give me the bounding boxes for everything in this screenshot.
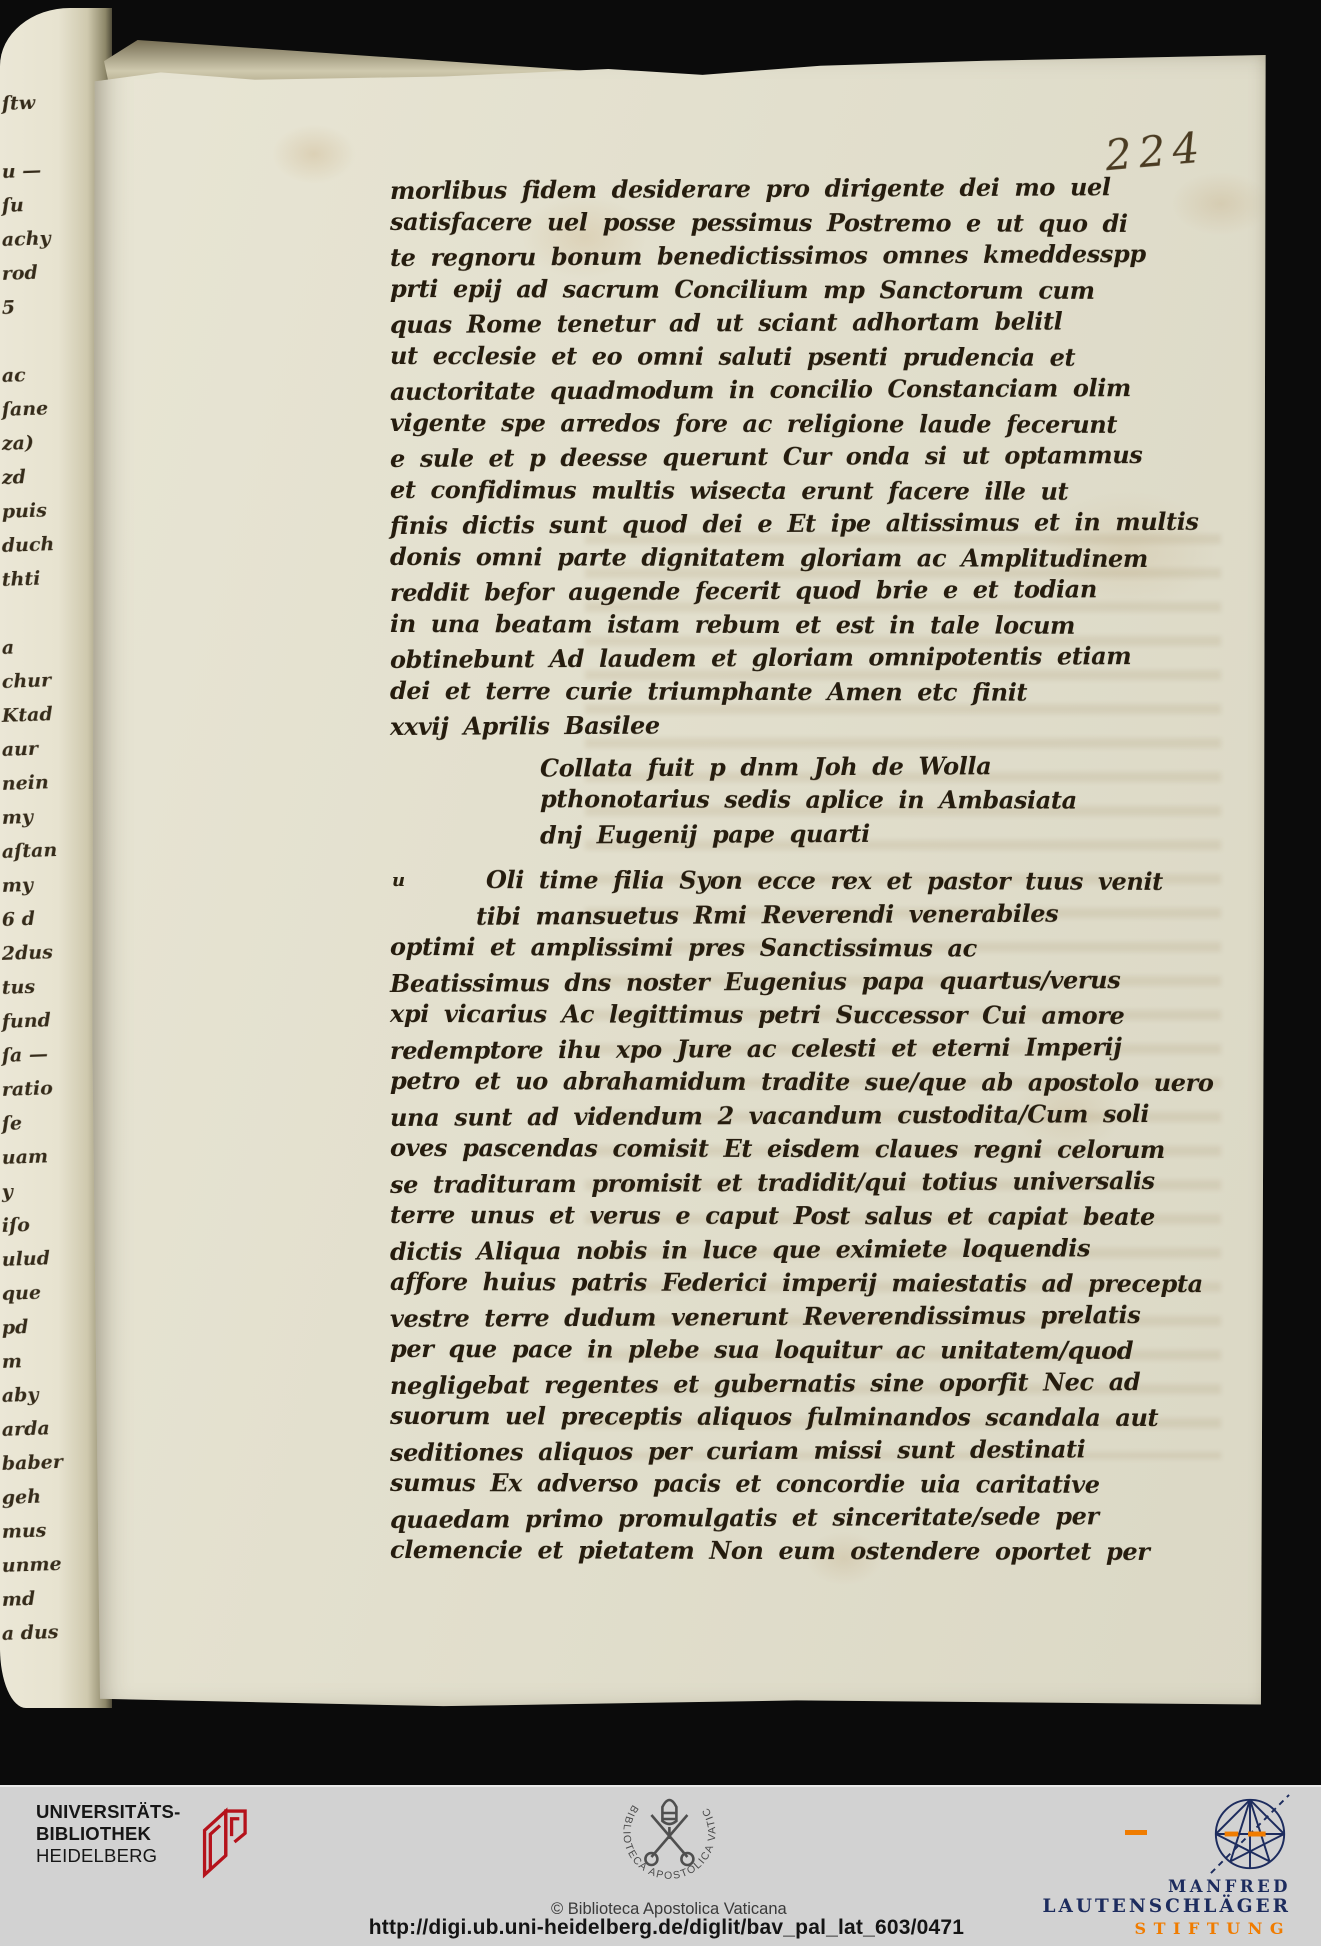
- margin-fragment: pd: [1, 1315, 54, 1351]
- manuscript-line: pthonotarius sedis aplice in Ambasiata: [540, 782, 1160, 817]
- margin-fragment: ſane: [1, 397, 54, 433]
- margin-fragment: ulud: [1, 1247, 54, 1283]
- manuscript-line: obtinebunt Ad laudem et gloriam omnipote…: [390, 639, 1160, 677]
- margin-fragment: mus: [1, 1519, 54, 1555]
- manuscript-line: per que pace in plebe sua loquitur ac un…: [390, 1332, 1160, 1368]
- manuscript-line: ut ecclesie et eo omni saluti psenti pru…: [390, 338, 1160, 374]
- margin-fragment: m: [1, 1349, 54, 1385]
- margin-fragment: za): [1, 431, 54, 467]
- margin-fragment: u —: [1, 159, 54, 195]
- margin-fragment: 5: [1, 295, 54, 331]
- manuscript-line: tibi mansuetus Rmi Reverendi venerabiles: [476, 896, 1160, 933]
- manuscript-line: se tradituram promisit et tradidit/qui t…: [390, 1163, 1160, 1201]
- library-name-line2: BIBLIOTHEK: [36, 1823, 180, 1845]
- margin-fragment: [1, 601, 54, 637]
- margin-fragment: rod: [1, 261, 54, 297]
- manuscript-line: suorum uel preceptis aliquos fulminandos…: [390, 1399, 1160, 1435]
- margin-fragment: 6 d: [1, 907, 54, 943]
- manuscript-text-block: morlibus fidem desiderare pro dirigente …: [390, 172, 1160, 1568]
- margin-fragment: y: [1, 1179, 54, 1215]
- manuscript-line: dictis Aliqua nobis in luce que eximiete…: [390, 1230, 1160, 1268]
- margin-fragment: puis: [1, 499, 54, 535]
- margin-fragment: que: [1, 1281, 54, 1317]
- margin-fragment: ſe: [1, 1111, 54, 1147]
- margin-fragment: 2dus: [1, 941, 54, 977]
- margin-fragment: ſu: [1, 193, 54, 229]
- manuscript-line: Collata fuit p dnm Joh de Wolla: [540, 748, 1160, 785]
- manuscript-line: donis omni parte dignitatem gloriam ac A…: [390, 539, 1160, 575]
- manuscript-line: quas Rome tenetur ad ut sciant adhortam …: [390, 304, 1160, 342]
- digitized-manuscript-viewer: ſtwu —ſuachyrod5acſaneza)zdpuisduchthtia…: [0, 0, 1321, 1946]
- heidelberg-book-icon: [192, 1801, 248, 1886]
- margin-fragment: md: [1, 1587, 54, 1623]
- margin-fragment: iſo: [1, 1213, 54, 1249]
- manuscript-line: redemptore ihu xpo Jure ac celesti et et…: [390, 1029, 1160, 1067]
- manuscript-line: Oli time filia Syon ecce rex et pastor t…: [486, 863, 1160, 898]
- margin-fragment: a: [1, 635, 54, 671]
- manuscript-line: dnj Eugenij pape quarti: [540, 815, 1160, 852]
- margin-fragment: ſtw: [1, 91, 54, 127]
- margin-fragment: nein: [1, 771, 54, 807]
- manuscript-line: clemencie et pietatem Non eum ostendere …: [390, 1533, 1160, 1569]
- vatican-library-logo-block: BIBLIOTECA APOSTOLICA VATICANA © Bibliot…: [459, 1787, 879, 1919]
- margin-fragment: aur: [1, 737, 54, 773]
- margin-fragment: arda: [1, 1417, 54, 1453]
- manuscript-line: in una beatam istam rebum et est in tale…: [390, 606, 1160, 642]
- margin-fragment: fund: [1, 1009, 54, 1045]
- permalink-url: http://digi.ub.uni-heidelberg.de/diglit/…: [369, 1916, 964, 1940]
- manuscript-line: negligebat regentes et gubernatis sine o…: [390, 1364, 1160, 1402]
- foundation-name-line2: LAUTENSCHLÄGER: [1043, 1896, 1291, 1917]
- margin-fragment: geh: [1, 1485, 54, 1521]
- margin-fragment: aby: [1, 1383, 54, 1419]
- manuscript-line: te regnoru bonum benedictissimos omnes k…: [390, 237, 1160, 275]
- foundation-name-line1: MANFRED: [1043, 1877, 1291, 1896]
- manuscript-line: et confidimus multis wisecta erunt facer…: [390, 472, 1160, 508]
- manuscript-line: reddit befor augende fecerit quod brie e…: [390, 572, 1160, 610]
- margin-fragment: chur: [1, 669, 54, 705]
- facing-page-text-fragments: ſtwu —ſuachyrod5acſaneza)zdpuisduchthtia…: [2, 92, 54, 1656]
- margin-fragment: [1, 125, 54, 161]
- margin-fragment: baber: [1, 1451, 54, 1487]
- margin-fragment: achy: [1, 227, 54, 263]
- margin-fragment: Ktad: [1, 703, 54, 739]
- margin-fragment: a dus: [1, 1621, 54, 1657]
- manuscript-line: vigente spe arredos fore ac religione la…: [390, 405, 1160, 441]
- foundation-wordmark: MANFRED LAUTENSCHLÄGER STIFTUNG: [1043, 1877, 1291, 1938]
- collation-note: Collata fuit p dnm Joh de Wollapthonotar…: [540, 750, 1160, 851]
- paragraph-2: u Oli time filia Syon ecce rex et pastor…: [390, 864, 1160, 1568]
- manuscript-line: xpi vicarius Ac legittimus petri Success…: [390, 997, 1160, 1033]
- manuscript-line: una sunt ad videndum 2 vacandum custodit…: [390, 1096, 1160, 1134]
- manuscript-line: vestre terre dudum venerunt Reverendissi…: [390, 1297, 1160, 1335]
- manuscript-line: optimi et amplissimi pres Sanctissimus a…: [390, 930, 1160, 966]
- university-library-wordmark: UNIVERSITÄTS- BIBLIOTHEK HEIDELBERG: [36, 1801, 180, 1867]
- library-name-line1: UNIVERSITÄTS-: [36, 1801, 180, 1823]
- university-library-logo: UNIVERSITÄTS- BIBLIOTHEK HEIDELBERG: [36, 1801, 248, 1886]
- manuscript-line: satisfacere uel posse pessimus Postremo …: [390, 204, 1160, 240]
- foundation-name-line3: STIFTUNG: [1043, 1919, 1291, 1938]
- manuscript-line: terre unus et verus e caput Post salus e…: [390, 1198, 1160, 1234]
- margin-fragment: duch: [1, 533, 54, 569]
- marginal-mark: u: [392, 870, 405, 891]
- library-name-line3: HEIDELBERG: [36, 1845, 180, 1867]
- margin-fragment: ſa —: [1, 1043, 54, 1079]
- margin-fragment: uam: [1, 1145, 54, 1181]
- margin-fragment: tus: [1, 975, 54, 1011]
- margin-fragment: zd: [1, 465, 54, 501]
- margin-fragment: my: [1, 805, 54, 841]
- manuscript-line: auctoritate quadmodum in concilio Consta…: [390, 371, 1160, 409]
- manuscript-line: affore huius patris Federici imperij mai…: [390, 1265, 1160, 1301]
- paragraph-1: morlibus fidem desiderare pro dirigente …: [390, 172, 1160, 742]
- margin-fragment: aſtan: [1, 839, 54, 875]
- margin-fragment: ratio: [1, 1077, 54, 1113]
- manuscript-line: petro et uo abrahamidum tradite sue/que …: [390, 1064, 1160, 1100]
- manuscript-line: quaedam primo promulgatis et sinceritate…: [390, 1498, 1160, 1536]
- margin-fragment: unme: [1, 1553, 54, 1589]
- manuscript-line: oves pascendas comisit Et eisdem claues …: [390, 1131, 1160, 1167]
- margin-fragment: thti: [1, 567, 54, 603]
- manuscript-line: xxvij Aprilis Basilee: [390, 706, 1160, 744]
- manuscript-line: dei et terre curie triumphante Amen etc …: [390, 673, 1160, 709]
- margin-fragment: ac: [1, 363, 54, 399]
- manuscript-line: e sule et p deesse querunt Cur onda si u…: [390, 438, 1160, 476]
- manuscript-line: sumus Ex adverso pacis et concordie uia …: [390, 1466, 1160, 1502]
- manuscript-line: finis dictis sunt quod dei e Et ipe alti…: [390, 505, 1160, 543]
- crossed-keys-tiara-icon: BIBLIOTECA APOSTOLICA VATICANA: [610, 1882, 728, 1899]
- footer-bar: UNIVERSITÄTS- BIBLIOTHEK HEIDELBERG: [0, 1785, 1321, 1946]
- foundation-logo-block: MANFRED LAUTENSCHLÄGER STIFTUNG: [977, 1787, 1307, 1946]
- manuscript-page: 224 morlibus fidem desiderare pro dirige…: [90, 55, 1268, 1707]
- manuscript-line: morlibus fidem desiderare pro dirigente …: [390, 170, 1160, 208]
- margin-fragment: my: [1, 873, 54, 909]
- manuscript-line: seditiones aliquos per curiam missi sunt…: [390, 1431, 1160, 1469]
- manuscript-line: prti epij ad sacrum Concilium mp Sanctor…: [390, 271, 1160, 307]
- orange-dash-icon: [1125, 1830, 1147, 1835]
- globe-network-icon: [1209, 1793, 1291, 1880]
- margin-fragment: [1, 329, 54, 365]
- svg-text:BIBLIOTECA APOSTOLICA VATICANA: BIBLIOTECA APOSTOLICA VATICANA: [610, 1787, 718, 1882]
- manuscript-line: Beatissimus dns noster Eugenius papa qua…: [390, 962, 1160, 1000]
